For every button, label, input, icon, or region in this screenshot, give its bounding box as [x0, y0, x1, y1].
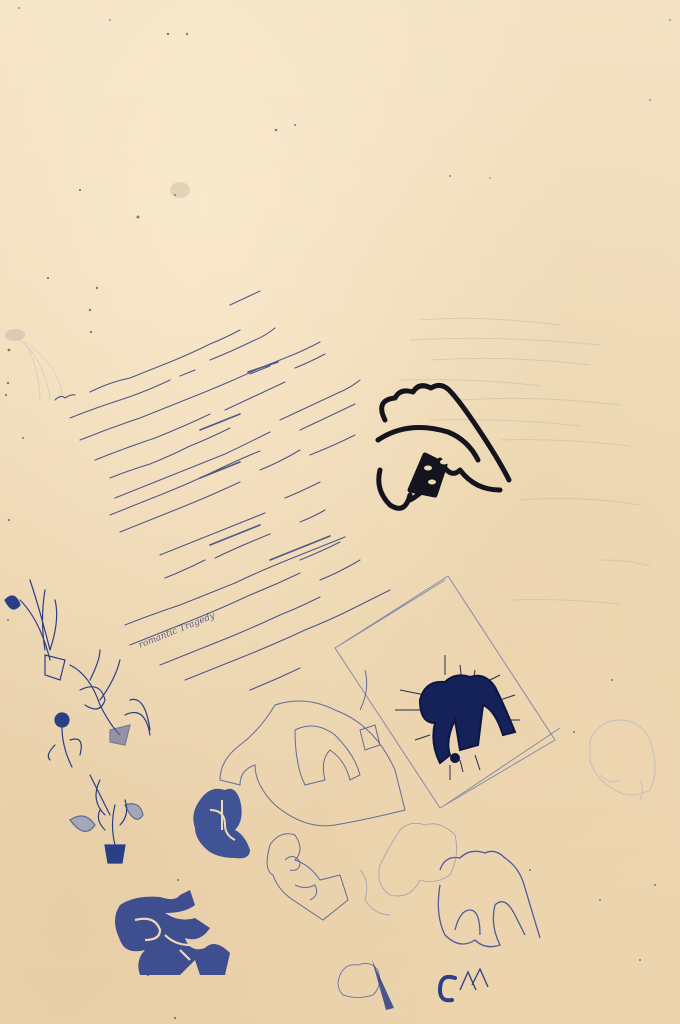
manuscript-page: romantic Tragedy: [0, 0, 680, 1024]
small-letter-sketches: [0, 0, 680, 1024]
